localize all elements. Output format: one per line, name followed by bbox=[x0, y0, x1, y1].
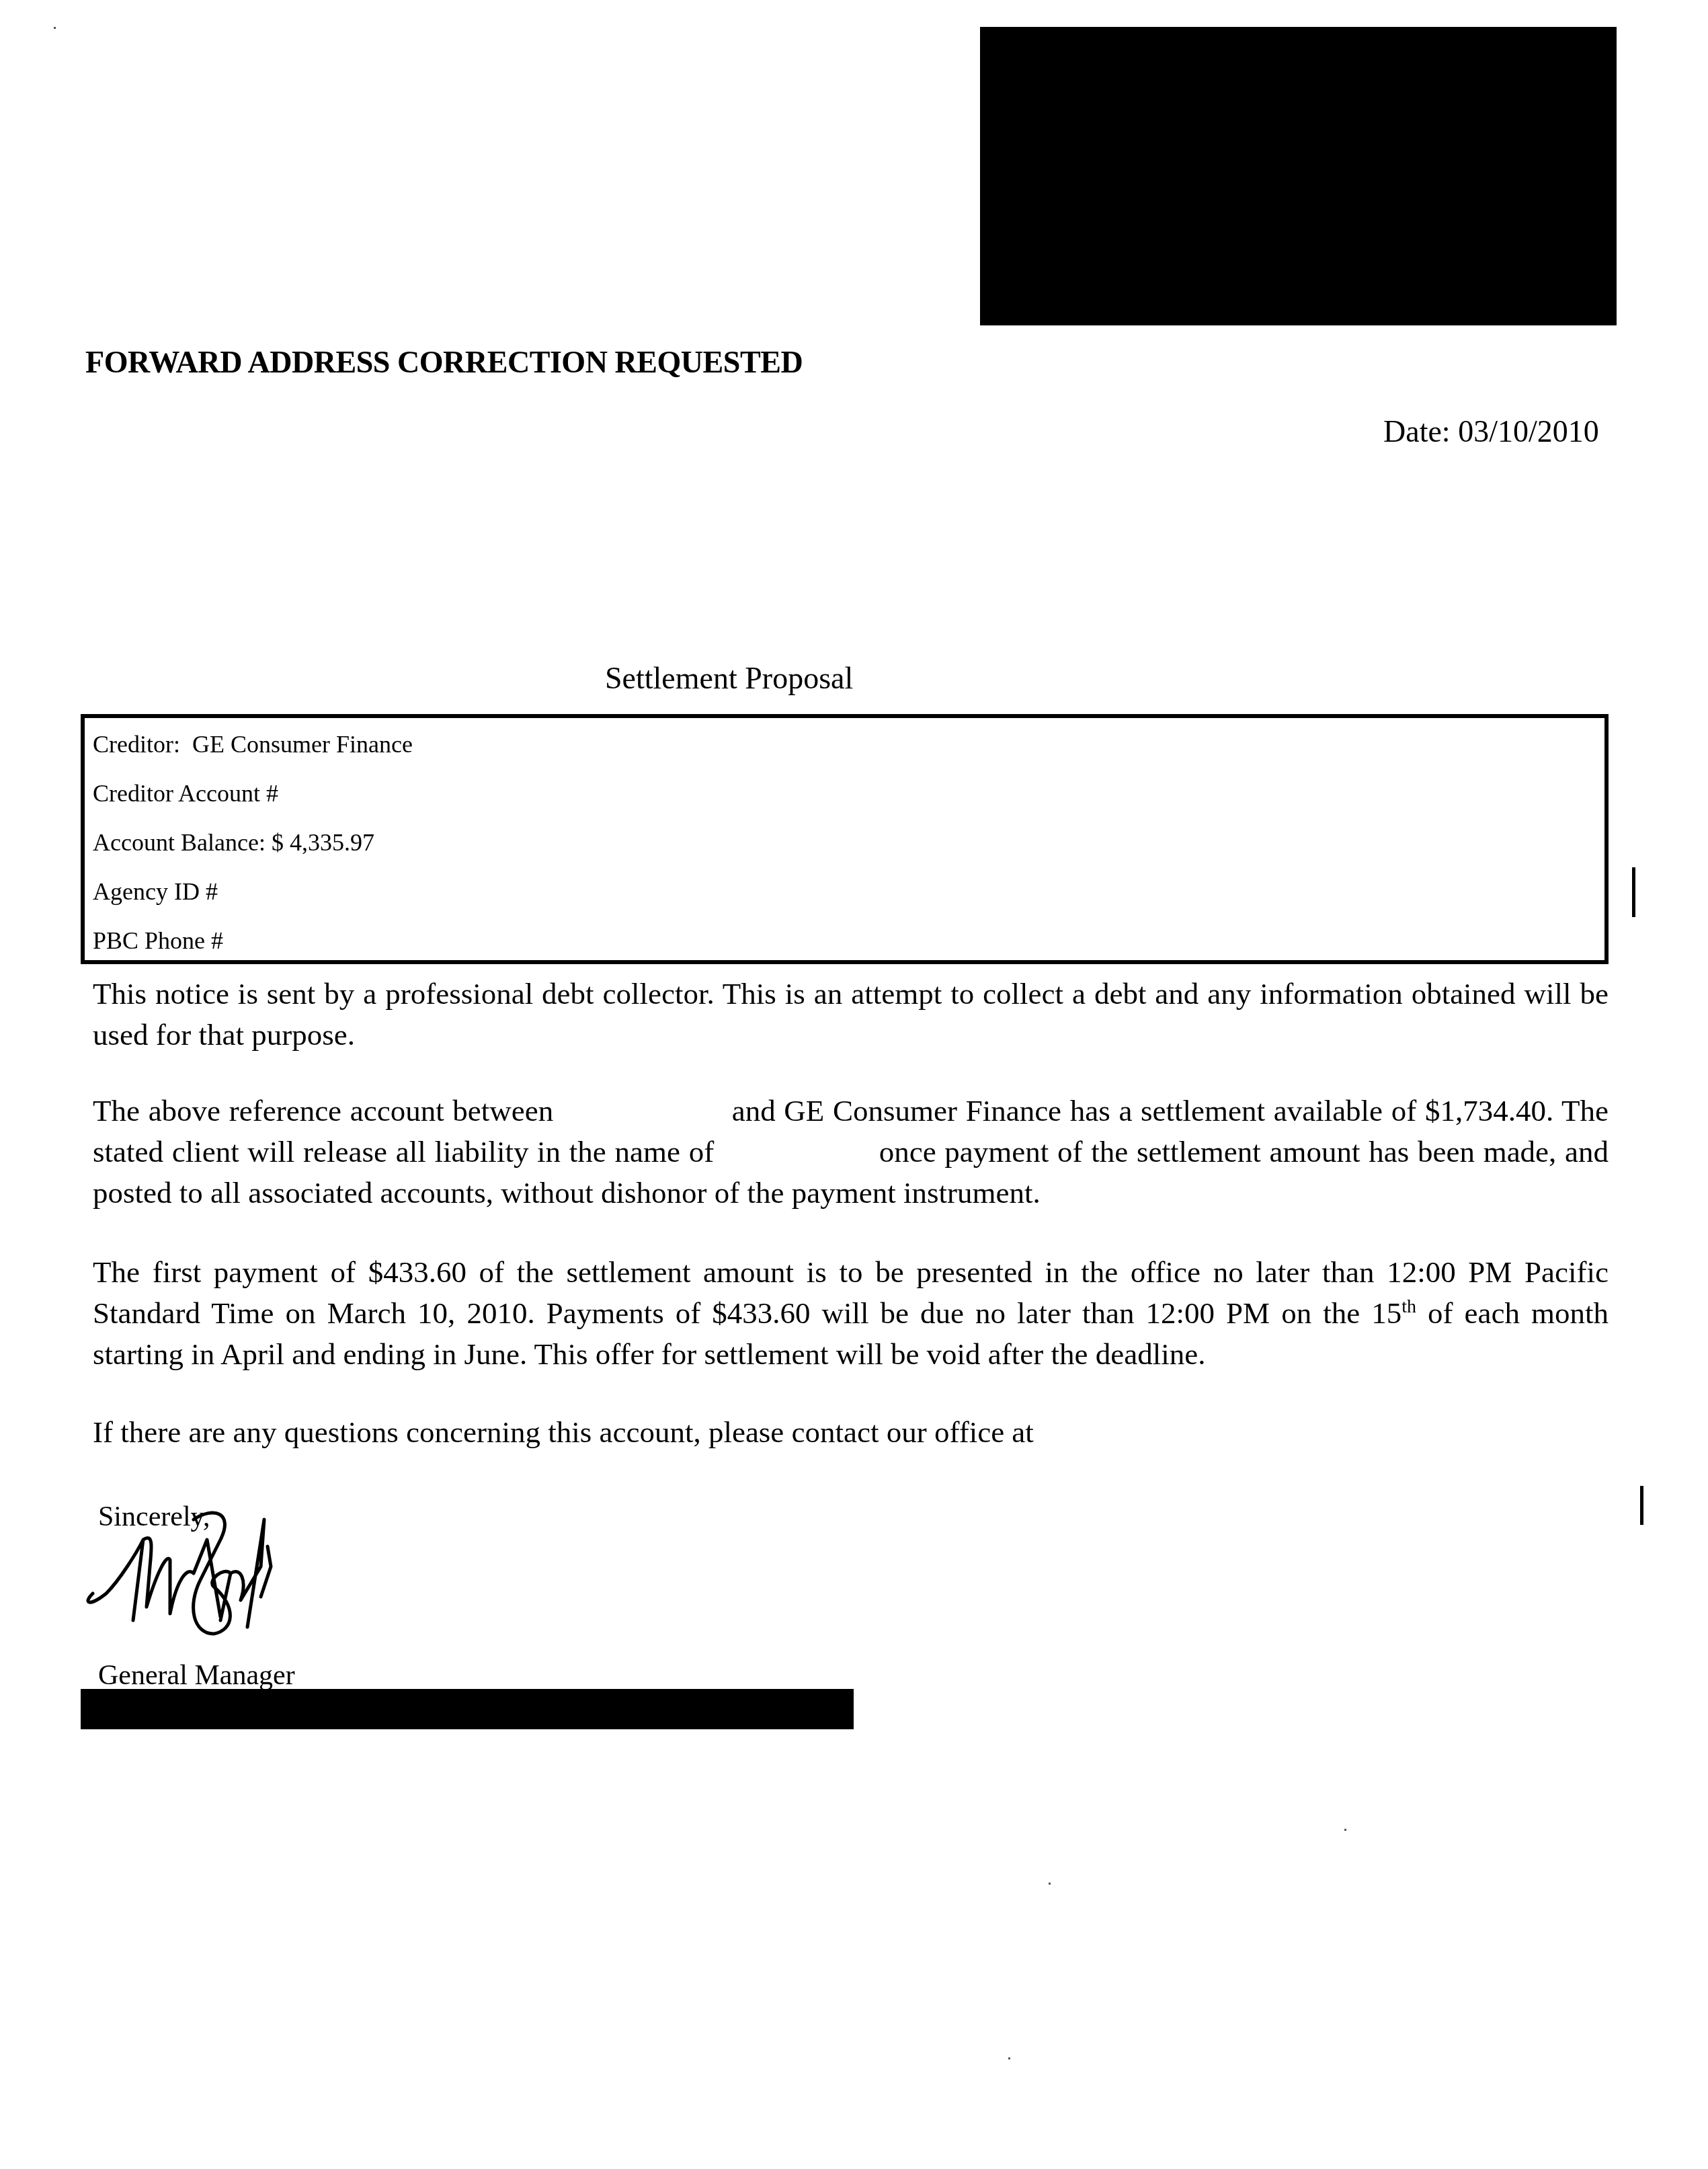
letter-date: Date: 03/10/2010 bbox=[1383, 413, 1599, 449]
scan-speck bbox=[1008, 2057, 1010, 2059]
scan-speck bbox=[1049, 1883, 1051, 1885]
date-value: 03/10/2010 bbox=[1458, 414, 1599, 448]
forward-address-notice: FORWARD ADDRESS CORRECTION REQUESTED bbox=[85, 344, 803, 381]
scan-speck bbox=[1344, 1829, 1346, 1831]
settlement-paragraph: The above reference account between and … bbox=[93, 1091, 1609, 1214]
pbc-phone-row: PBC Phone # bbox=[93, 926, 223, 955]
creditor-value: GE Consumer Finance bbox=[192, 731, 413, 758]
document-title: Settlement Proposal bbox=[605, 660, 853, 696]
contact-paragraph: If there are any questions concerning th… bbox=[93, 1412, 1609, 1453]
scan-mark bbox=[1632, 867, 1635, 917]
settlement-text-part-1: The above reference account between bbox=[93, 1094, 553, 1128]
creditor-account-label: Creditor Account # bbox=[93, 780, 278, 807]
account-balance-row: Account Balance: $ 4,335.97 bbox=[93, 828, 374, 857]
ordinal-suffix: th bbox=[1401, 1296, 1416, 1317]
creditor-label: Creditor: bbox=[93, 731, 180, 758]
agency-id-label: Agency ID # bbox=[93, 878, 218, 905]
signer-title: General Manager bbox=[98, 1659, 295, 1692]
signature-icon bbox=[79, 1493, 496, 1647]
agency-id-row: Agency ID # bbox=[93, 877, 218, 906]
debt-collector-notice: This notice is sent by a professional de… bbox=[93, 974, 1609, 1056]
payment-terms-paragraph: The first payment of $433.60 of the sett… bbox=[93, 1252, 1609, 1375]
account-balance-value: $ 4,335.97 bbox=[272, 829, 374, 856]
creditor-account-row: Creditor Account # bbox=[93, 779, 278, 807]
account-info-box: Creditor: GE Consumer Finance Creditor A… bbox=[81, 714, 1609, 964]
date-label: Date: bbox=[1383, 414, 1451, 448]
scan-mark-lower bbox=[1640, 1486, 1643, 1525]
payment-text-part-1: The first payment of $433.60 of the sett… bbox=[93, 1255, 1609, 1330]
scan-speck bbox=[54, 27, 56, 29]
creditor-row: Creditor: GE Consumer Finance bbox=[93, 730, 413, 758]
redacted-signer-block bbox=[81, 1689, 854, 1729]
redacted-address-block bbox=[980, 27, 1617, 325]
account-balance-label: Account Balance: bbox=[93, 829, 266, 856]
pbc-phone-label: PBC Phone # bbox=[93, 927, 223, 954]
